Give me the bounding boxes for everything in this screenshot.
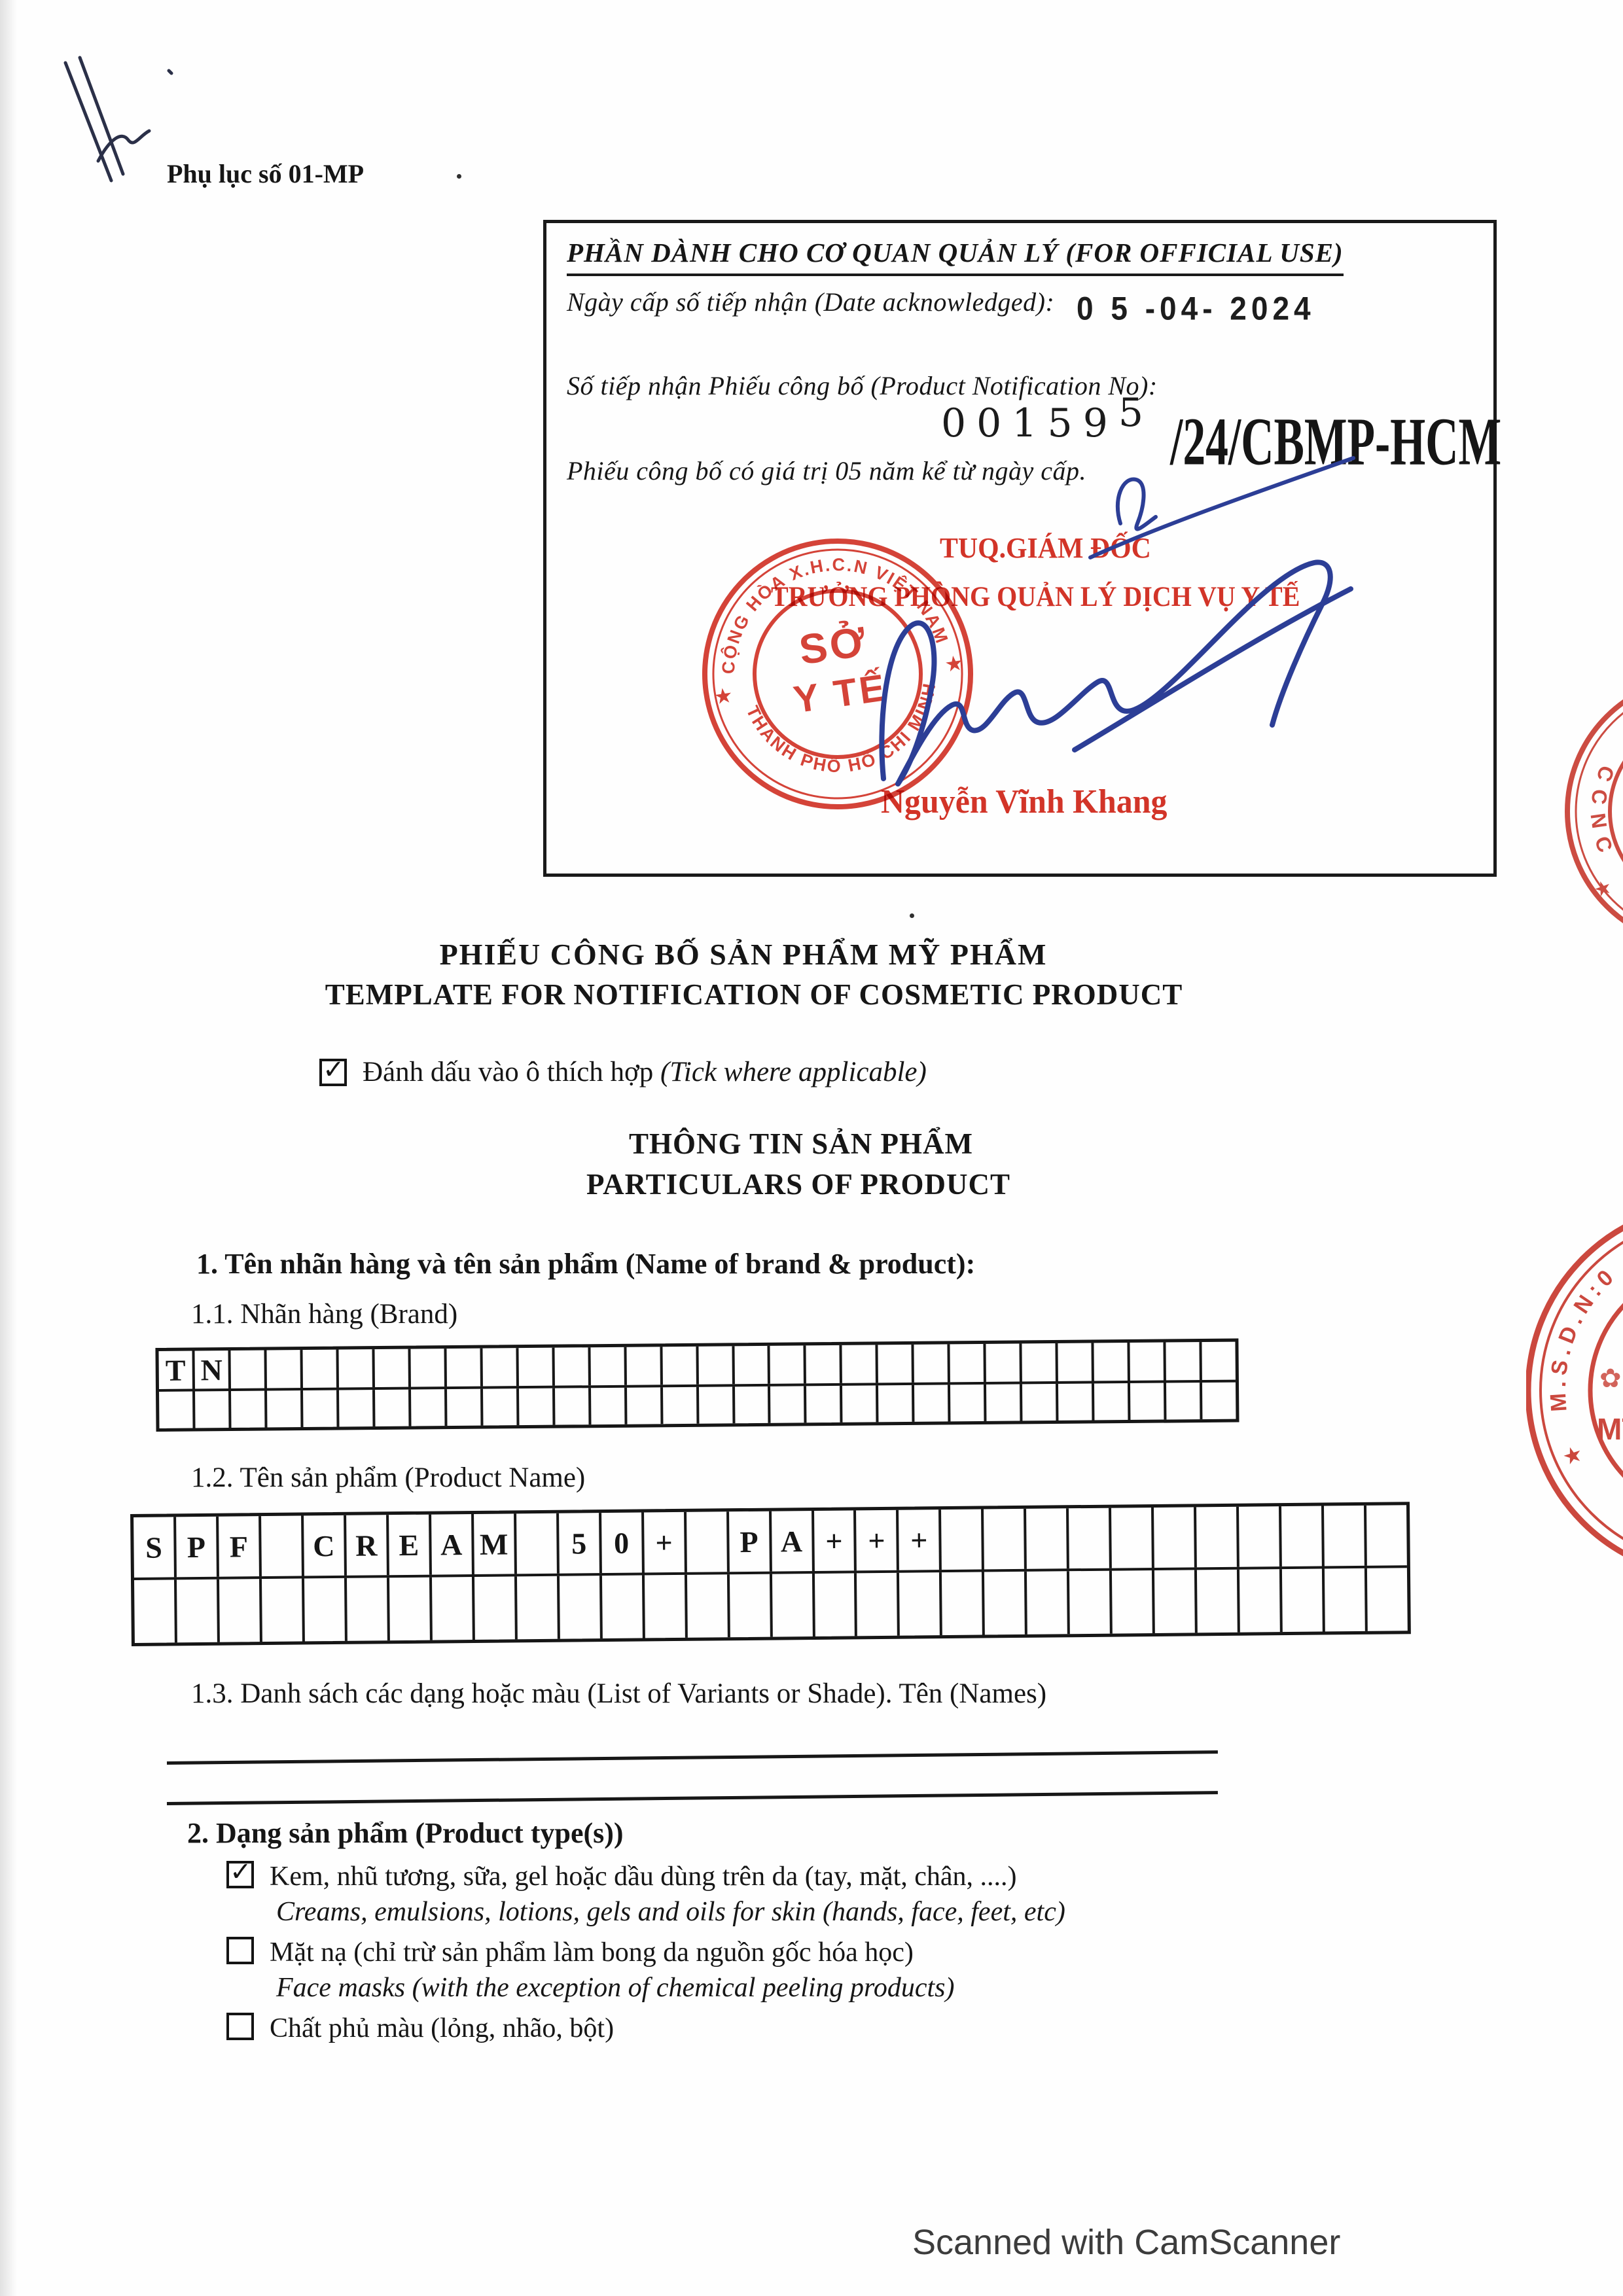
grid-cell <box>854 1573 897 1636</box>
grid-cell <box>1164 1383 1200 1419</box>
grid-cell: P <box>173 1517 217 1578</box>
grid-cell: P <box>726 1511 770 1572</box>
grid-cell: E <box>386 1515 429 1576</box>
grid-cell <box>302 1578 345 1642</box>
grid-cell <box>642 1575 685 1638</box>
grid-cell <box>1151 1507 1194 1568</box>
grid-cell <box>1128 1343 1164 1381</box>
grid-cell <box>912 1344 948 1382</box>
grid-cell <box>660 1387 696 1424</box>
grid-cell <box>588 1347 624 1385</box>
tick-note-text: Đánh dấu vào ô thích hợp (Tick where app… <box>363 1056 927 1088</box>
grid-cell <box>344 1578 387 1641</box>
brand-label: 1.1. Nhãn hàng (Brand) <box>191 1298 457 1330</box>
grid-cell <box>134 1580 175 1643</box>
product-type-item: Chất phủ màu (lỏng, nhão, bột) <box>226 2013 1418 2044</box>
notification-number-stamp: 001595 <box>941 400 1154 446</box>
grid-cell: F <box>216 1516 259 1577</box>
grid-cell <box>1279 1506 1322 1567</box>
form-title-vi: PHIẾU CÔNG BỐ SẢN PHẨM MỸ PHẨM <box>0 937 1487 972</box>
grid-cell <box>372 1390 408 1426</box>
grid-cell <box>768 1345 804 1383</box>
section1-heading: 1. Tên nhãn hàng và tên sản phẩm (Name o… <box>196 1247 975 1280</box>
grid-cell <box>444 1349 480 1386</box>
official-use-title: PHẦN DÀNH CHO CƠ QUAN QUẢN LÝ (FOR OFFIC… <box>567 237 1344 276</box>
section2-heading: 2. Dạng sản phẩm (Product type(s)) <box>187 1816 624 1850</box>
grid-cell <box>387 1578 430 1641</box>
date-acknowledged-label: Ngày cấp số tiếp nhận (Date acknowledged… <box>567 287 1054 317</box>
grid-cell: A <box>769 1511 812 1572</box>
grid-cell <box>840 1385 876 1422</box>
product-type-item: Kem, nhũ tương, sữa, gel hoặc dầu dùng t… <box>226 1861 1418 1892</box>
grid-cell <box>588 1388 624 1424</box>
grid-cell <box>514 1576 558 1640</box>
grid-cell <box>444 1389 480 1426</box>
validity-note: Phiếu công bố có giá trị 05 năm kể từ ng… <box>567 455 1086 486</box>
grid-cell <box>912 1385 948 1421</box>
product-type-vi-2: Mặt nạ (chỉ trừ sản phẩm làm bong da ngu… <box>270 1937 914 1968</box>
grid-cell: S <box>134 1517 174 1578</box>
form-title-en: TEMPLATE FOR NOTIFICATION OF COSMETIC PR… <box>0 978 1508 1012</box>
grid-cell <box>840 1345 876 1383</box>
grid-cell <box>1024 1508 1067 1569</box>
product-type-checkbox-3 <box>226 2013 254 2040</box>
grid-cell <box>516 1348 552 1386</box>
ink-speck <box>457 174 461 179</box>
grid-cell <box>1200 1383 1236 1419</box>
tick-note-vi: Đánh dấu vào ô thích hợp <box>363 1057 653 1087</box>
grid-cell <box>300 1350 336 1388</box>
grid-cell <box>948 1344 984 1382</box>
grid-cell <box>1056 1384 1092 1421</box>
edge-partial-seal-upper: CCNC ★ <box>1561 673 1623 947</box>
grid-cell <box>259 1516 302 1577</box>
grid-cell: A <box>429 1514 472 1575</box>
grid-cell <box>685 1574 728 1638</box>
grid-cell <box>552 1347 588 1385</box>
product-type-item: Mặt nạ (chỉ trừ sản phẩm làm bong da ngu… <box>226 1937 1418 1968</box>
grid-cell <box>1020 1343 1056 1381</box>
product-grid-row-2 <box>134 1565 1408 1643</box>
grid-cell: C <box>301 1515 344 1576</box>
grid-cell <box>948 1385 984 1421</box>
grid-cell <box>1236 1506 1279 1567</box>
variants-label: 1.3. Danh sách các dạng hoặc màu (List o… <box>191 1678 1046 1710</box>
tick-note-en: (Tick where applicable) <box>660 1057 927 1087</box>
grid-cell <box>684 1511 727 1572</box>
grid-cell <box>624 1387 660 1424</box>
notification-number-main: 00159 <box>941 400 1118 446</box>
grid-cell <box>1109 1570 1152 1634</box>
grid-cell <box>264 1390 300 1427</box>
notification-number-label: Số tiếp nhận Phiếu công bố (Product Noti… <box>567 370 1158 401</box>
product-name-label: 1.2. Tên sản phẩm (Product Name) <box>191 1462 585 1494</box>
grid-cell: R <box>344 1515 387 1576</box>
grid-cell: N <box>192 1351 228 1388</box>
grid-cell <box>876 1385 912 1422</box>
grid-cell <box>1056 1343 1092 1381</box>
corner-pen-mark <box>65 58 171 181</box>
scanned-document-page: Phụ lục số 01-MP PHẦN DÀNH CHO CƠ QUAN Q… <box>0 0 1623 2296</box>
grid-cell <box>1322 1568 1365 1632</box>
grid-cell <box>984 1343 1020 1381</box>
grid-cell <box>984 1384 1020 1421</box>
variants-blank-line-1 <box>167 1750 1218 1765</box>
grid-cell <box>217 1579 260 1642</box>
department-round-seal: CỘNG HÒA X.H.C.N VIỆT NAM THÀNH PHỐ HỒ C… <box>692 529 984 820</box>
grid-cell <box>1092 1343 1128 1381</box>
edge-seal-lower-star-icon: ★ <box>1560 1441 1586 1471</box>
grid-cell: 0 <box>599 1513 642 1574</box>
product-type-list: Kem, nhũ tương, sữa, gel hoặc dầu dùng t… <box>226 1861 1418 2044</box>
grid-cell <box>938 1510 982 1570</box>
edge-seal-lower-ornament-icon: ✿ <box>1599 1364 1622 1393</box>
grid-cell <box>1364 1568 1408 1631</box>
product-name-letter-grid: SPFCREAM50+PA+++ <box>130 1502 1411 1646</box>
tick-note-checkbox <box>319 1059 347 1086</box>
svg-text:CCNC: CCNC <box>1586 763 1621 866</box>
grid-cell <box>897 1572 940 1636</box>
grid-cell <box>192 1391 228 1428</box>
grid-cell <box>1092 1383 1128 1420</box>
grid-cell <box>1066 1508 1109 1569</box>
grid-cell <box>480 1388 516 1425</box>
grid-cell <box>1067 1571 1110 1634</box>
grid-cell <box>1152 1570 1195 1633</box>
edge-partial-seal-lower: M.S.D.N:0 Q.BINH ★ MT ✿ <box>1526 1203 1623 1582</box>
grid-cell <box>1279 1569 1323 1633</box>
grid-cell <box>480 1348 516 1386</box>
grid-cell <box>159 1392 192 1428</box>
date-stamp: 0 5 -04- 2024 <box>1077 289 1315 327</box>
grid-cell <box>732 1386 768 1423</box>
grid-cell: + <box>641 1512 685 1573</box>
grid-cell <box>1200 1342 1236 1380</box>
grid-cell <box>1364 1505 1407 1566</box>
seal-star-left-icon: ★ <box>713 683 734 709</box>
grid-cell <box>174 1580 217 1643</box>
grid-cell <box>768 1386 804 1422</box>
grid-cell <box>811 1573 855 1636</box>
grid-cell <box>624 1347 660 1385</box>
grid-cell <box>557 1576 600 1639</box>
grid-cell: 5 <box>556 1513 599 1574</box>
brand-letter-grid: TN <box>155 1339 1239 1432</box>
grid-cell <box>876 1345 912 1383</box>
grid-cell <box>429 1577 473 1640</box>
product-type-checkbox-2 <box>226 1937 254 1964</box>
grid-cell <box>408 1389 444 1426</box>
grid-cell <box>336 1390 372 1426</box>
variants-blank-line-2 <box>167 1791 1218 1805</box>
grid-cell <box>696 1386 732 1423</box>
grid-cell <box>1128 1383 1164 1420</box>
grid-cell <box>1194 1507 1237 1568</box>
grid-cell <box>1024 1571 1067 1634</box>
grid-cell <box>1020 1384 1056 1421</box>
info-header-en: PARTICULARS OF PRODUCT <box>0 1167 1597 1201</box>
grid-cell <box>514 1513 557 1574</box>
grid-cell <box>1164 1342 1200 1380</box>
seal-star-right-icon: ★ <box>943 650 965 677</box>
grid-cell <box>300 1390 336 1427</box>
grid-cell: T <box>158 1351 192 1389</box>
edge-seal-lower-center-text: MT <box>1597 1412 1623 1446</box>
grid-cell <box>264 1350 300 1388</box>
grid-cell <box>1109 1508 1152 1568</box>
product-type-en-1: Creams, emulsions, lotions, gels and oil… <box>276 1896 1418 1928</box>
product-type-en-2: Face masks (with the exception of chemic… <box>276 1972 1418 2004</box>
grid-cell <box>228 1391 264 1428</box>
grid-cell: + <box>853 1510 897 1571</box>
grid-cell <box>372 1349 408 1387</box>
grid-cell <box>981 1509 1024 1570</box>
grid-cell <box>516 1388 552 1425</box>
grid-cell <box>599 1576 643 1639</box>
grid-cell <box>552 1388 588 1424</box>
grid-cell: + <box>811 1510 855 1571</box>
seal-center-line2: Y TẾ <box>791 666 890 721</box>
grid-cell <box>660 1347 696 1385</box>
grid-cell <box>804 1386 840 1422</box>
grid-cell <box>472 1576 515 1640</box>
grid-cell <box>259 1578 302 1642</box>
ink-speck <box>910 913 914 918</box>
grid-cell <box>1194 1570 1238 1633</box>
grid-cell: + <box>896 1510 939 1570</box>
grid-cell <box>982 1572 1025 1635</box>
product-grid-row-1: SPFCREAM50+PA+++ <box>134 1505 1407 1578</box>
grid-cell <box>1237 1569 1280 1633</box>
notification-number-suffix-stamp: /24/CBMP-HCM <box>1170 403 1501 481</box>
grid-cell <box>1321 1506 1364 1566</box>
notification-number-raised-digit: 5 <box>1118 390 1154 436</box>
grid-cell <box>769 1574 812 1637</box>
grid-cell <box>336 1349 372 1387</box>
grid-cell <box>408 1349 444 1386</box>
grid-cell <box>727 1574 770 1638</box>
grid-cell <box>732 1346 768 1384</box>
camscanner-credit: Scanned with CamScanner <box>912 2222 1340 2263</box>
product-type-vi-1: Kem, nhũ tương, sữa, gel hoặc dầu dùng t… <box>270 1861 1017 1892</box>
appendix-label: Phụ lục số 01-MP <box>167 158 364 189</box>
product-type-vi-3: Chất phủ màu (lỏng, nhão, bột) <box>270 2013 614 2044</box>
product-type-checkbox-1 <box>226 1861 254 1888</box>
edge-seal-upper-arc-text: CCNC <box>1586 763 1621 866</box>
grid-cell: M <box>471 1513 514 1574</box>
grid-cell <box>939 1572 982 1636</box>
info-header-vi: THÔNG TIN SẢN PHẨM <box>0 1127 1602 1161</box>
grid-cell <box>228 1351 264 1388</box>
grid-cell <box>804 1345 840 1383</box>
seal-center-line1: SỞ <box>796 616 871 673</box>
grid-cell <box>696 1346 732 1384</box>
tick-note-row: Đánh dấu vào ô thích hợp (Tick where app… <box>319 1056 927 1088</box>
